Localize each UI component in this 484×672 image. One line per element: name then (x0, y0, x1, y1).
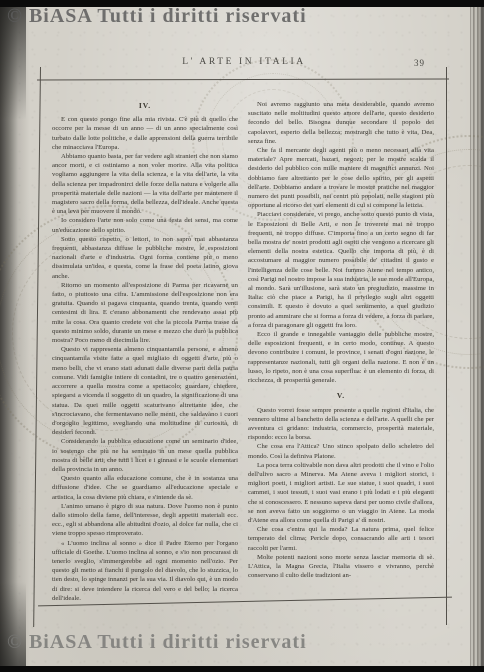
paragraph: Considerando la pubblica educazione come… (52, 437, 238, 474)
scan-bottom-edge (0, 666, 484, 672)
paragraph: Sotto questo rispetto, o lettori, io non… (52, 235, 238, 281)
frame-rule-right (446, 67, 447, 625)
right-text-column: Noi avremo raggiunto una meta desiderabi… (248, 100, 434, 602)
journal-title: L' ARTE IN ITALIA (40, 57, 448, 67)
spine-shadow-bottom (0, 582, 26, 672)
paragraph: Ecco il grande e innegabile vantaggio de… (248, 330, 434, 385)
paragraph: Questo vorrei fosse sempre presente a qu… (248, 406, 434, 443)
paragraph: E con questo pongo fine alla mia rivista… (52, 115, 238, 152)
page-number: 39 (414, 58, 425, 68)
paragraph: Ritorno un momento all'esposizione di Pa… (52, 281, 238, 345)
paragraph: Io considero l'arte non solo come una fe… (52, 216, 238, 234)
paragraph: Questo vi rappresenta almeno cinquantami… (52, 345, 238, 437)
paragraph: Questo quanto alla educazione comune, ch… (52, 474, 238, 502)
section-heading-iv: IV. (52, 101, 238, 110)
paragraph: La poca terra coltivabile non dava altri… (248, 461, 434, 525)
page-paper: L' ARTE IN ITALIA 39 IV. E con questo po… (0, 7, 484, 666)
copyright-watermark-top: © BiASA Tutti i diritti riservati (7, 5, 307, 28)
paragraph: Piacciavi considerare, vi prego, anche s… (248, 210, 434, 330)
paragraph: Che cosa era l'Attica? Uno stinco spolpa… (248, 442, 434, 460)
paragraph: Noi avremo raggiunto una meta desiderabi… (248, 100, 434, 146)
section-heading-v: V. (248, 391, 434, 400)
paragraph: Abbiamo quanto basta, per far vedere agl… (52, 152, 238, 216)
paragraph: Che fa il mercante degli agenti più o me… (248, 146, 434, 210)
copyright-watermark-bottom: © BiASA Tutti i diritti riservati (7, 631, 307, 654)
paragraph: Che cosa c'entra qui la moda? La natura … (248, 525, 434, 553)
scanned-book-page: L' ARTE IN ITALIA 39 IV. E con questo po… (0, 0, 484, 672)
paragraph: Molte potenti nazioni sono morte senza l… (248, 553, 434, 581)
left-text-column: IV. E con questo pongo fine alla mia riv… (52, 99, 238, 601)
running-head: L' ARTE IN ITALIA 39 (40, 57, 448, 71)
paragraph: « L'uomo inclina al sonno » dice il Padr… (52, 539, 238, 601)
paragraph: L'animo umano è pigro di sua natura. Dov… (52, 502, 238, 539)
